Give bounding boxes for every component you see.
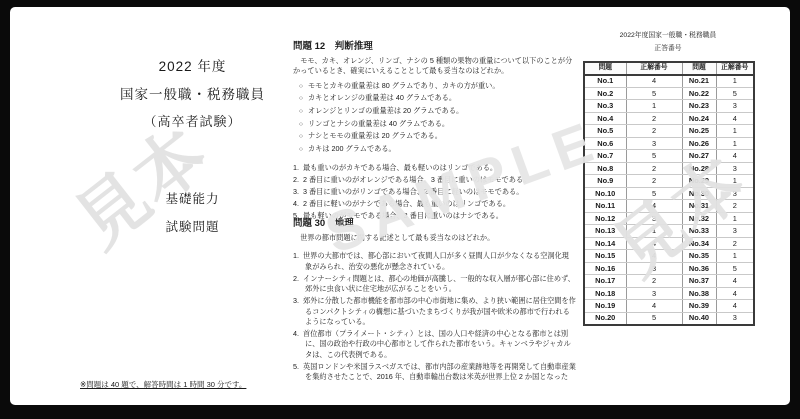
question-number-cell: No.11 [584,200,626,213]
answer-number-cell: 5 [626,150,682,163]
question-number-cell: No.21 [682,75,716,88]
answer-number-cell: 3 [626,287,682,300]
choice-text: 最も重いのがカキである場合、最も軽いのはリンゴである。 [303,163,497,172]
choice-number: 3. [293,187,299,196]
answer-key-subtitle: 正答番号 [583,42,753,52]
table-row: No.31No.233 [584,100,754,113]
question-number-cell: No.24 [682,112,716,125]
choice-item: 4.2 番目に軽いのがナシである場合、最も重いのはリンゴである。 [293,199,574,209]
question-number-cell: No.25 [682,125,716,138]
answer-number-cell: 5 [626,312,682,325]
exam-title: 国家一般職・税務職員 [65,83,320,103]
answer-number-cell: 3 [716,312,754,325]
answer-number-cell: 1 [626,225,682,238]
condition-item: ○モモとカキの重量差は 80 グラムであり、カキの方が重い。 [299,80,574,93]
answer-number-cell: 1 [716,75,754,88]
question-12-intro: モモ、カキ、オレンジ、リンゴ、ナシの 5 種類の果物の重量について以下のことが分… [293,56,574,77]
table-header-row: 問題正解番号問題正解番号 [584,62,754,75]
question-number-cell: No.36 [682,262,716,275]
question-30-block: 問題 30 地理 世界の都市問題に関する記述として最も妥当なのはどれか。 1.世… [293,215,576,384]
answer-number-cell: 3 [626,137,682,150]
answer-number-cell: 5 [716,262,754,275]
answer-number-cell: 1 [716,175,754,188]
question-number-cell: No.37 [682,275,716,288]
answer-number-cell: 4 [626,300,682,313]
answer-number-cell: 1 [716,137,754,150]
circle-bullet-icon: ○ [299,121,303,128]
question-number-cell: No.9 [584,175,626,188]
table-row: No.105No.303 [584,187,754,200]
condition-item: ○リンゴとナシの重量差は 40 グラムである。 [299,118,574,131]
table-row: No.52No.251 [584,125,754,138]
choice-number: 5. [293,362,299,371]
choice-number: 2. [293,274,299,283]
choice-number: 1. [293,251,299,260]
answer-number-cell: 3 [716,225,754,238]
answer-number-cell: 2 [626,175,682,188]
answer-key-title: 2022年度国家一般職・税務職員 [583,29,753,39]
answer-number-cell: 4 [716,287,754,300]
answer-number-cell: 2 [626,112,682,125]
question-number-cell: No.12 [584,212,626,225]
question-number-cell: No.28 [682,162,716,175]
table-row: No.75No.274 [584,150,754,163]
question-number-cell: No.3 [584,100,626,113]
answer-number-cell: 4 [626,75,682,88]
col-header: 正解番号 [716,62,754,75]
question-30-heading: 問題 30 地理 [293,215,576,229]
answer-number-cell: 4 [716,112,754,125]
question-number-cell: No.33 [682,225,716,238]
question-number-cell: No.26 [682,137,716,150]
question-number-cell: No.15 [584,250,626,263]
table-row: No.25No.225 [584,87,754,100]
col-header: 問題 [584,62,626,75]
choice-item: 5.英国ロンドンや米国ラスベガスでは、都市内部の産業跡地等を再開発して自動車産業… [293,362,576,383]
answer-number-cell: 3 [716,100,754,113]
answer-number-cell: 4 [626,200,682,213]
choice-item: 3.3 番目に重いのがリンゴである場合、2 番目に軽いのはモモである。 [293,187,574,197]
answer-number-cell: 4 [626,237,682,250]
answer-number-cell: 2 [626,162,682,175]
table-row: No.82No.283 [584,162,754,175]
circle-bullet-icon: ○ [299,108,303,115]
condition-text: オレンジとリンゴの重量差は 20 グラムである。 [308,106,463,115]
table-row: No.131No.333 [584,225,754,238]
question-number-cell: No.17 [584,275,626,288]
cover-section: 2022 年度 国家一般職・税務職員 （高卒者試験） 基礎能力 試験問題 [65,7,320,405]
choice-text: 2 番目に重いのがオレンジである場合、3 番目に重いのはモモである。 [303,175,530,184]
answer-number-cell: 1 [716,250,754,263]
question-12-block: 問題 12 判断推理 モモ、カキ、オレンジ、リンゴ、ナシの 5 種類の果物の重量… [293,38,574,223]
condition-text: カキは 200 グラムである。 [308,144,396,153]
condition-text: カキとオレンジの重量差は 40 グラムである。 [308,93,456,102]
question-number-cell: No.13 [584,225,626,238]
circle-bullet-icon: ○ [299,95,303,102]
answer-number-cell: 1 [716,125,754,138]
question-12-heading: 問題 12 判断推理 [293,38,574,52]
choice-text: 3 番目に重いのがリンゴである場合、2 番目に軽いのはモモである。 [303,187,523,196]
question-number-cell: No.35 [682,250,716,263]
answer-number-cell: 2 [626,125,682,138]
table-row: No.172No.374 [584,275,754,288]
choice-item: 2.2 番目に重いのがオレンジである場合、3 番目に重いのはモモである。 [293,175,574,185]
condition-item: ○ナシとモモの重量差は 20 グラムである。 [299,130,574,143]
answer-number-cell: 4 [716,300,754,313]
question-number-cell: No.30 [682,187,716,200]
choice-text: 首位都市（プライメート・シティ）とは、国の人口や経済の中心となる都市とは別に、国… [303,329,571,359]
question-number-cell: No.20 [584,312,626,325]
table-row: No.183No.384 [584,287,754,300]
document-page: 2022 年度 国家一般職・税務職員 （高卒者試験） 基礎能力 試験問題 ※問題… [10,7,790,405]
screenshot-frame: 2022 年度 国家一般職・税務職員 （高卒者試験） 基礎能力 試験問題 ※問題… [0,0,800,419]
condition-text: モモとカキの重量差は 80 グラムであり、カキの方が重い。 [308,81,500,90]
exam-section-1: 基礎能力 [65,189,320,207]
answer-number-cell: 3 [716,162,754,175]
exam-subtitle: （高卒者試験） [65,111,320,130]
choice-text: 2 番目に軽いのがナシである場合、最も重いのはリンゴである。 [303,199,510,208]
question-number-cell: No.27 [682,150,716,163]
table-row: No.114No.312 [584,200,754,213]
question-number-cell: No.5 [584,125,626,138]
question-number-cell: No.22 [682,87,716,100]
question-number-cell: No.40 [682,312,716,325]
question-number-cell: No.14 [584,237,626,250]
choice-text: インナーシティ問題とは、都心の地価が高騰し、一般的な収入層が都心部に住めず、郊外… [303,274,575,293]
question-30-choices: 1.世界の大都市では、都心部において夜間人口が多く昼間人口が少なくなる空洞化現象… [293,251,576,382]
question-number-cell: No.1 [584,75,626,88]
answer-number-cell: 3 [626,262,682,275]
choice-number: 4. [293,329,299,338]
question-12-conditions: ○モモとカキの重量差は 80 グラムであり、カキの方が重い。○カキとオレンジの重… [293,80,574,156]
answer-number-cell: 2 [626,275,682,288]
choice-number: 2. [293,175,299,184]
answer-number-cell: 5 [626,87,682,100]
choice-item: 2.インナーシティ問題とは、都心の地価が高騰し、一般的な収入層が都心部に住めず、… [293,274,576,295]
col-header: 正解番号 [626,62,682,75]
condition-item: ○カキは 200 グラムである。 [299,143,574,156]
choice-text: 世界の大都市では、都心部において夜間人口が多く昼間人口が少なくなる空洞化現象がみ… [303,251,569,270]
question-number-cell: No.29 [682,175,716,188]
answer-number-cell: 5 [716,87,754,100]
choice-item: 1.世界の大都市では、都心部において夜間人口が多く昼間人口が少なくなる空洞化現象… [293,251,576,272]
question-number-cell: No.2 [584,87,626,100]
answer-number-cell: 1 [626,100,682,113]
condition-item: ○オレンジとリンゴの重量差は 20 グラムである。 [299,105,574,118]
question-number-cell: No.23 [682,100,716,113]
answer-number-cell: 2 [716,200,754,213]
question-number-cell: No.16 [584,262,626,275]
question-number-cell: No.34 [682,237,716,250]
table-row: No.163No.365 [584,262,754,275]
question-number-cell: No.8 [584,162,626,175]
question-number-cell: No.19 [584,300,626,313]
choice-number: 3. [293,296,299,305]
choice-text: 郊外に分散した都市機能を都市部の中心市街地に集め、より狭い範囲に居住空間を作るコ… [303,296,576,326]
table-row: No.123No.321 [584,212,754,225]
exam-year: 2022 年度 [65,55,320,75]
answer-number-cell: 4 [626,250,682,263]
question-number-cell: No.10 [584,187,626,200]
table-row: No.194No.394 [584,300,754,313]
answer-number-cell: 4 [716,275,754,288]
question-number-cell: No.7 [584,150,626,163]
circle-bullet-icon: ○ [299,146,303,153]
condition-text: ナシとモモの重量差は 20 グラムである。 [308,131,442,140]
exam-section-2: 試験問題 [65,217,320,235]
condition-text: リンゴとナシの重量差は 40 グラムである。 [308,119,449,128]
circle-bullet-icon: ○ [299,133,303,140]
answer-number-cell: 4 [716,150,754,163]
choice-item: 4.首位都市（プライメート・シティ）とは、国の人口や経済の中心となる都市とは別に… [293,329,576,360]
choice-number: 4. [293,199,299,208]
answer-number-cell: 3 [716,187,754,200]
choice-item: 3.郊外に分散した都市機能を都市部の中心市街地に集め、より狭い範囲に居住空間を作… [293,296,576,327]
question-number-cell: No.32 [682,212,716,225]
answer-number-cell: 5 [626,187,682,200]
choice-item: 1.最も重いのがカキである場合、最も軽いのはリンゴである。 [293,163,574,173]
answer-key-table: 問題正解番号問題正解番号 No.14No.211No.25No.225No.31… [583,61,755,326]
condition-item: ○カキとオレンジの重量差は 40 グラムである。 [299,92,574,105]
question-number-cell: No.6 [584,137,626,150]
table-row: No.14No.211 [584,75,754,88]
choice-text: 英国ロンドンや米国ラスベガスでは、都市内部の産業跡地等を再開発して自動車産業を集… [303,362,576,381]
table-row: No.63No.261 [584,137,754,150]
table-row: No.42No.244 [584,112,754,125]
table-row: No.92No.291 [584,175,754,188]
question-number-cell: No.4 [584,112,626,125]
circle-bullet-icon: ○ [299,83,303,90]
question-30-intro: 世界の都市問題に関する記述として最も妥当なのはどれか。 [293,233,576,243]
answer-key-panel: 2022年度国家一般職・税務職員 正答番号 問題正解番号問題正解番号 No.14… [583,29,753,326]
table-row: No.154No.351 [584,250,754,263]
col-header: 問題 [682,62,716,75]
question-number-cell: No.38 [682,287,716,300]
answer-number-cell: 2 [716,237,754,250]
exam-footnote: ※問題は 40 題で、解答時間は 1 時間 30 分です。 [80,379,246,390]
question-number-cell: No.31 [682,200,716,213]
answer-number-cell: 1 [716,212,754,225]
question-12-choices: 1.最も重いのがカキである場合、最も軽いのはリンゴである。2.2 番目に重いのが… [293,163,574,221]
choice-number: 1. [293,163,299,172]
answer-number-cell: 3 [626,212,682,225]
table-row: No.144No.342 [584,237,754,250]
table-row: No.205No.403 [584,312,754,325]
question-number-cell: No.18 [584,287,626,300]
question-number-cell: No.39 [682,300,716,313]
